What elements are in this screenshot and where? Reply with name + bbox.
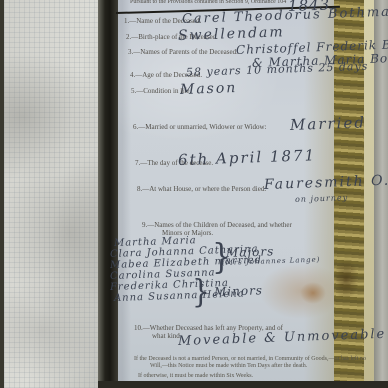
field-6-label: 6.—Married or unmarried, Widower or Wido…	[133, 124, 267, 131]
bottom-shadow	[98, 381, 388, 388]
field-3-label: 3.—Names of Parents of the Deceased.	[128, 49, 238, 56]
photographed-death-notice-page: Pursuant to the Provisions contained in …	[0, 0, 388, 388]
footnote-line-1: If the Deceased is not a married Person,…	[134, 356, 366, 363]
field-10-label-line2: what kind	[152, 333, 180, 340]
book-gutter-shadow	[98, 0, 118, 388]
header-text: Pursuant to the Provisions contained in …	[130, 0, 286, 5]
header-printed-line: Pursuant to the Provisions contained in …	[130, 0, 286, 6]
footnote-line-2: Will,—this Notice must be made within Te…	[150, 363, 307, 370]
field-5-value: Mason	[180, 80, 238, 98]
paper-stain	[300, 282, 326, 304]
field-9-label-line1: 9.—Names of the Children of Deceased, an…	[142, 222, 292, 229]
field-8-label: 8.—At what House, or where the Person di…	[137, 186, 266, 193]
adjacent-graph-paper-page	[4, 0, 98, 388]
footnote-line-3: If otherwise, it must be made within Six…	[138, 373, 253, 380]
minors-note: Minors	[214, 283, 263, 299]
field-8-value-line2: on journey	[295, 193, 348, 204]
field-6-value: Married	[290, 113, 367, 134]
minors-brace: }	[192, 273, 210, 311]
